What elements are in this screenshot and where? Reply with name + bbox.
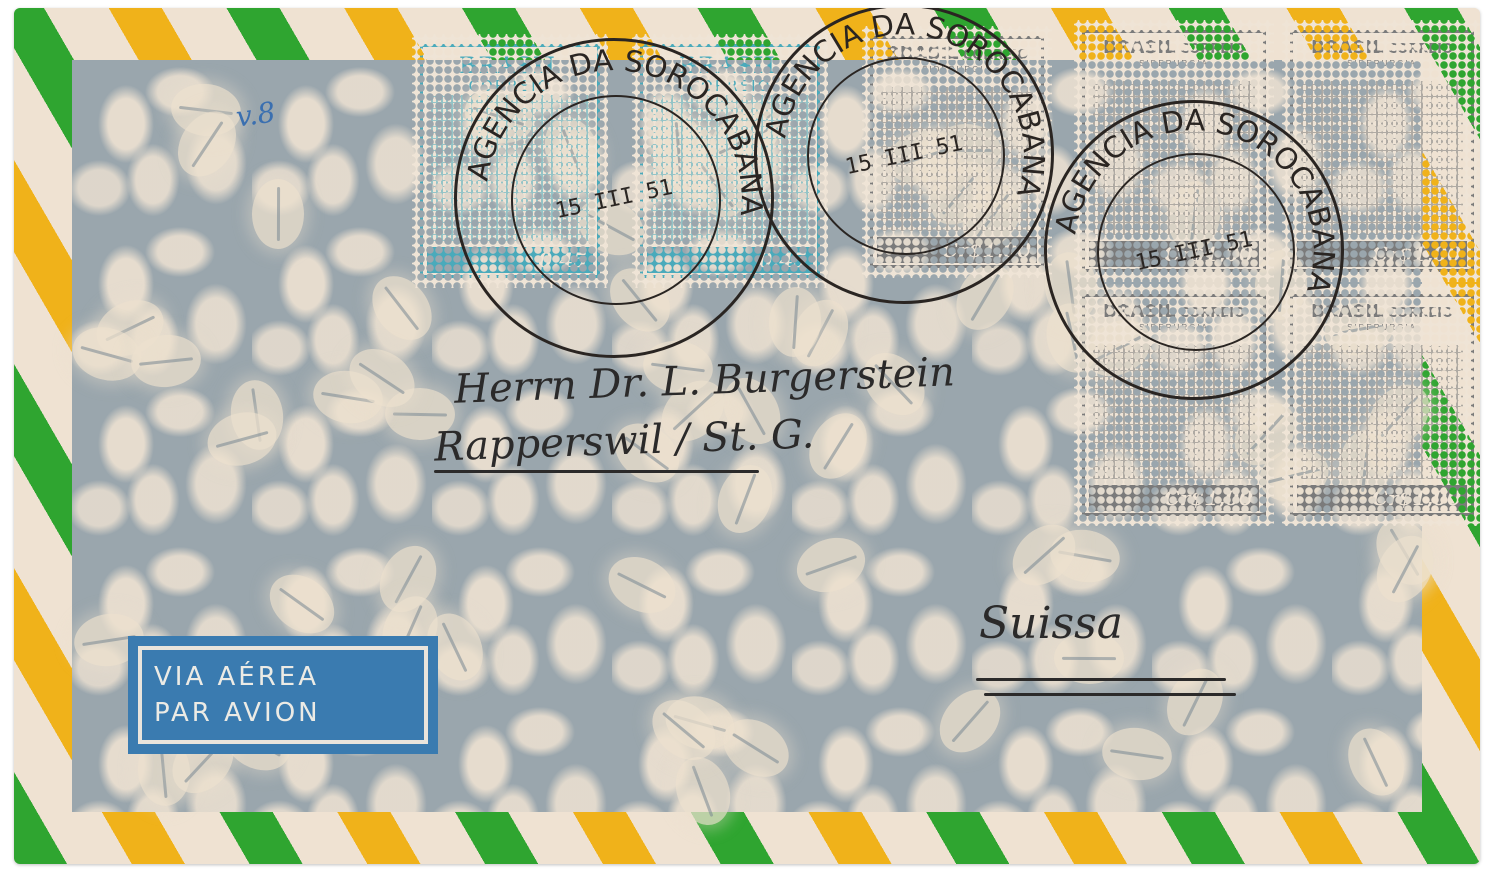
envelope: v.8 BRASIL CORREIO 0.45 BRASIL CORREIO 0… xyxy=(14,8,1480,864)
stamp-value: Cr$1,00 xyxy=(1164,486,1253,510)
coffee-bean-pattern xyxy=(252,178,304,248)
airmail-label-line-1: VIA AÉREA xyxy=(154,659,424,695)
address-country: Suissa xyxy=(979,598,1123,649)
stamp-service: CORREIO xyxy=(1388,306,1453,321)
country-underline-2 xyxy=(984,693,1236,696)
stamp-value-tablet: Cr$1,00 xyxy=(1297,485,1467,511)
pencil-note: v.8 xyxy=(234,95,277,133)
stamp-country: BRASIL xyxy=(1103,37,1176,58)
postmark-1: AGENCIA DA SOROCABANA 15 III 51 xyxy=(454,38,774,358)
stamp-service: CORREIO xyxy=(1180,42,1245,57)
stamp-value: Cr$1,00 xyxy=(1372,486,1461,510)
stamp-service: CORREIO xyxy=(1388,42,1453,57)
stamp-value-tablet: Cr$1,00 xyxy=(1089,485,1259,511)
airmail-label: VIA AÉREA PAR AVION xyxy=(128,636,438,754)
stamp-country: BRASIL xyxy=(1311,37,1384,58)
coffee-bean-pattern xyxy=(599,546,685,624)
coffee-bean-pattern xyxy=(927,678,1012,765)
stamp-theme: SIDERURGIA xyxy=(1139,59,1209,68)
stamp-theme: SIDERURGIA xyxy=(1347,59,1417,68)
country-underline-1 xyxy=(976,678,1226,681)
address-underline xyxy=(434,470,759,473)
coffee-bean-pattern xyxy=(789,528,872,600)
coffee-bean-pattern xyxy=(1156,659,1234,745)
coffee-bean-pattern xyxy=(1338,720,1415,805)
postmark-3: AGENCIA DA SOROCABANA 15 III 51 xyxy=(1044,100,1344,400)
stamp-value: Cr$1,00 xyxy=(1372,242,1461,266)
coffee-bean-pattern xyxy=(1099,723,1176,784)
coffee-bean-pattern xyxy=(258,563,345,646)
postmark-2: AGENCIA DA SOROCABANA 15 III 51 xyxy=(754,8,1054,304)
stamp-theme: SIDERURGIA xyxy=(1347,323,1417,332)
airmail-label-line-2: PAR AVION xyxy=(154,695,424,731)
